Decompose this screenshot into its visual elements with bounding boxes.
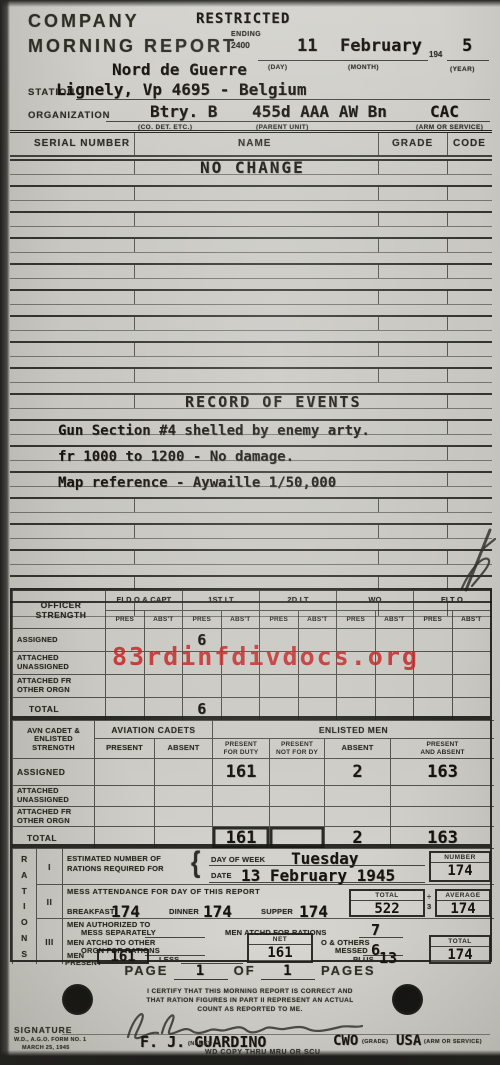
scan-edge-top [0,0,500,7]
row-label-assigned: ASSIGNED [12,758,94,785]
row-label-total: TOTAL [12,826,94,848]
cell-empty [94,758,154,785]
enlisted-total-pa: 163 [390,826,494,848]
event-line-3: Map reference - Aywaille 1/50,000 [58,475,336,491]
roster-row-empty [10,289,492,315]
row-label-attached-unassigned: ATTACHED UNASSIGNED [12,651,105,674]
cell-empty [221,697,260,720]
year-sublabel: (YEAR) [450,66,475,73]
subcol-pres: PRES [413,610,452,628]
col-grade: GRADE [392,138,433,149]
no-change-entry: NO CHANGE [200,158,305,177]
grade-value: CWO [333,1033,358,1049]
cell-empty [154,806,212,826]
cell-empty [324,806,390,826]
website-watermark: 83rdinfdivdocs.org [112,642,419,671]
cell-empty [94,785,154,806]
date-underline [258,60,428,61]
enlisted-assigned-pfd: 161 [212,758,269,785]
record-of-events-title: RECORD OF EVENTS [185,393,362,411]
roster-row-empty [10,211,492,237]
cell-empty [452,674,491,697]
enlisted-assigned-pa: 163 [390,758,494,785]
organization-label: ORGANIZATION [28,110,110,121]
cell-empty [221,674,260,697]
roster-row-empty [10,237,492,263]
rations-part2-number: II [36,884,62,918]
year-prefix: 194 [429,50,442,59]
enlisted-strength-table: AVN CADET & ENLISTED STRENGTH AVIATION C… [10,718,492,846]
cell-empty [269,806,324,826]
certify-line-1: I CERTIFY THAT THIS MORNING REPORT IS CO… [0,988,500,995]
subcol-abst: ABS'T [452,610,491,628]
station-value: Lignely, Vp 4695 - Belgium [56,80,306,99]
org-arm-value: CAC [430,102,459,121]
station-underline [76,99,490,100]
rations-side-label: RATIONS [12,848,36,964]
events-row-empty [10,497,492,523]
subcol-pres: PRES [182,610,221,628]
rations-part1-number: I [36,848,62,884]
date-label: DATE [211,872,232,881]
mess-average-label: AVERAGE [437,891,489,901]
event-line-row: Map reference - Aywaille 1/50,000 [10,471,492,497]
number-label: NUMBER [431,853,489,863]
enlisted-total-absent: 2 [324,826,390,848]
dinner-label: DINNER [169,908,199,917]
mess-total-value: 522 [351,901,423,917]
supper-label: SUPPER [261,908,293,917]
subcol-present-for-duty: PRESENT FOR DUTY [212,738,269,758]
roster-and-events-area: SERIAL NUMBER NAME GRADE CODE NO CHANGE … [10,130,492,627]
organization-underline [106,121,490,122]
cell-empty [413,674,452,697]
officer-group-1st-lt: 1ST LT [182,590,259,610]
cell-empty [105,674,144,697]
date-day-value: 11 [297,36,317,56]
mess-total-label: TOTAL [351,891,423,901]
divide-sign: ÷ [427,893,431,902]
cell-empty [154,826,212,848]
cell-empty [375,697,414,720]
form-date-line: MARCH 25, 1945 [22,1045,70,1051]
cell-empty [212,785,269,806]
rations-part1-content: ESTIMATED NUMBER OF RATIONS REQUIRED FOR… [62,848,494,884]
rations-grand-total-value: 174 [431,947,489,963]
year-underline [447,60,489,61]
cell-empty [298,697,337,720]
net-value: 161 [249,945,311,961]
subcol-cadets-present: PRESENT [94,738,154,758]
cell-empty [413,697,452,720]
roster-row-empty [10,185,492,211]
day-sublabel: (DAY) [268,64,287,71]
form-title-line2: MORNING REPORT [28,36,237,57]
cell-empty [390,806,494,826]
number-value: 174 [431,863,489,879]
rations-part3-number: III [36,918,62,964]
enlisted-assigned-absent: 2 [324,758,390,785]
subcol-abst: ABS'T [298,610,337,628]
col-name: NAME [238,138,271,149]
arm-sublabel: (ARM OR SERVICE) [424,1039,482,1045]
cell-empty [259,697,298,720]
org-unit-value: Btry. B [150,102,217,121]
rations-number-box: NUMBER 174 [429,851,491,882]
brace-glyph: { [191,846,200,881]
cell-empty [324,785,390,806]
mess-total-box: TOTAL 522 [349,889,425,917]
breakfast-label: BREAKFAST [67,908,115,917]
date-month-value: February [340,36,422,56]
pages-label: PAGES [321,963,376,978]
subcol-pres: PRES [105,610,144,628]
col-serial-number: SERIAL NUMBER [34,138,130,149]
rations-grand-total-box: TOTAL 174 [429,935,491,964]
pages-value: 1 [261,963,315,980]
officer-group-fldo-capt: FLD O & CAPT [105,590,182,610]
subcol-abst: ABS'T [375,610,414,628]
cell-empty [298,674,337,697]
page-value: 1 [174,963,228,980]
cell-empty [452,628,491,651]
cell-empty [390,785,494,806]
cell-empty [452,697,491,720]
roster-row-empty [10,341,492,367]
of-label: OF [234,963,256,978]
cell-empty [154,758,212,785]
form-title-line1: COMPANY [28,11,140,32]
cell-empty [269,785,324,806]
cell-empty [154,785,212,806]
row-label-total: TOTAL [12,697,105,720]
roster-header-row: SERIAL NUMBER NAME GRADE CODE [10,130,492,159]
subcol-cadets-absent: ABSENT [154,738,212,758]
rations-part2-content: MESS ATTENDANCE FOR DAY OF THIS REPORT B… [62,884,494,918]
officer-strength-label: OFFICER STRENGTH [12,590,105,628]
cell-empty [375,674,414,697]
mess-attendance-title: MESS ATTENDANCE FOR DAY OF THIS REPORT [67,888,260,897]
cell-empty [452,651,491,674]
group-aviation-cadets: AVIATION CADETS [94,720,212,738]
event-line-1: Gun Section #4 shelled by enemy arty. [58,423,370,439]
row-label-attached-fr-other: ATTACHED FR OTHER ORGN [12,806,94,826]
est-rations-label1: ESTIMATED NUMBER OF [67,855,161,864]
subcol-present-not-for-dy: PRESENT NOT FOR DY [269,738,324,758]
record-of-events-title-row: RECORD OF EVENTS [10,393,492,419]
cell-empty [259,674,298,697]
rations-part3-content: MEN AUTHORIZED TO MESS SEPARATELY MEN AT… [62,918,494,964]
cell-empty [94,826,154,848]
subcol-pres: PRES [336,610,375,628]
net-box: NET 161 [247,933,313,963]
code-system-note: Nord de Guerre [112,60,247,79]
name-sublabel: (NAME) [188,1041,210,1047]
men-present-box: 161 [97,949,149,964]
classification-banner: RESTRICTED [196,11,290,27]
event-line-row: fr 1000 to 1200 - No damage. [10,445,492,471]
subcol-abst: ABS'T [221,610,260,628]
day-of-week-label: DAY OF WEEK [211,856,265,865]
copy-routing-note: WD COPY THRU MRU OR SCU [205,1049,321,1056]
enlisted-total-pfd: 161 [212,826,269,848]
officer-group-wo: WO [336,590,413,610]
org-parent-value: 455d AAA AW Bn [252,102,387,121]
cell-empty [94,806,154,826]
events-row-empty [10,549,492,575]
events-row-empty [10,523,492,549]
cell-empty [336,697,375,720]
page-label: PAGE [124,963,168,978]
col-code: CODE [453,138,486,149]
divide-by: 3 [427,903,431,912]
group-enlisted-men: ENLISTED MEN [212,720,494,738]
cell-empty [212,806,269,826]
mess-average-box: AVERAGE 174 [435,889,491,917]
morning-report-scan: RESTRICTED COMPANY MORNING REPORT ENDING… [0,0,500,1065]
rations-section: RATIONS I ESTIMATED NUMBER OF RATIONS RE… [10,846,492,962]
est-rations-label2: RATIONS REQUIRED FOR [67,865,164,874]
cell-empty [144,674,183,697]
scan-edge-left [0,0,10,1065]
subcol-present-and-absent: PRESENT AND ABSENT [390,738,494,758]
arm-value: USA [396,1033,421,1049]
enlisted-total-pnfd-empty [269,826,324,848]
signature-underline [62,1034,490,1035]
cell-empty [105,697,144,720]
officer-group-flt-o: FLT O [413,590,490,610]
pen-initials-mark [450,526,496,592]
row-label-attached-unassigned: ATTACHED UNASSIGNED [12,785,94,806]
roster-row-empty [10,315,492,341]
mess-average-value: 174 [437,901,489,917]
officer-group-2d-lt: 2D LT [259,590,336,610]
roster-row-empty [10,263,492,289]
ending-label: ENDING [231,31,261,38]
cell-empty [144,697,183,720]
grade-sublabel: (GRADE) [362,1039,388,1045]
page-line: PAGE 1 OF 1 PAGES [0,963,500,980]
subcol-abst: ABS'T [144,610,183,628]
rations-grand-total-label: TOTAL [431,937,489,947]
ending-time: 2400 [231,40,250,50]
cell-empty [336,674,375,697]
cell-empty [269,758,324,785]
cell-empty [182,674,221,697]
roster-row-empty [10,367,492,393]
subcol-pres: PRES [259,610,298,628]
row-label-attached-fr-other: ATTACHED FR OTHER ORGN [12,674,105,697]
subcol-absent: ABSENT [324,738,390,758]
net-label: NET [249,935,311,945]
row-label-assigned: ASSIGNED [12,628,105,651]
roster-row-no-change: NO CHANGE [10,159,492,185]
month-sublabel: (MONTH) [348,64,379,71]
officer-total-1stlt-pres: 6 [182,697,221,720]
event-line-row: Gun Section #4 shelled by enemy arty. [10,419,492,445]
form-number-line: W.D., A.G.O. FORM NO. 1 [14,1037,86,1043]
year-typed-value: 5 [462,36,472,56]
event-line-2: fr 1000 to 1200 - No damage. [58,449,294,465]
enlisted-strength-label: AVN CADET & ENLISTED STRENGTH [12,720,94,758]
